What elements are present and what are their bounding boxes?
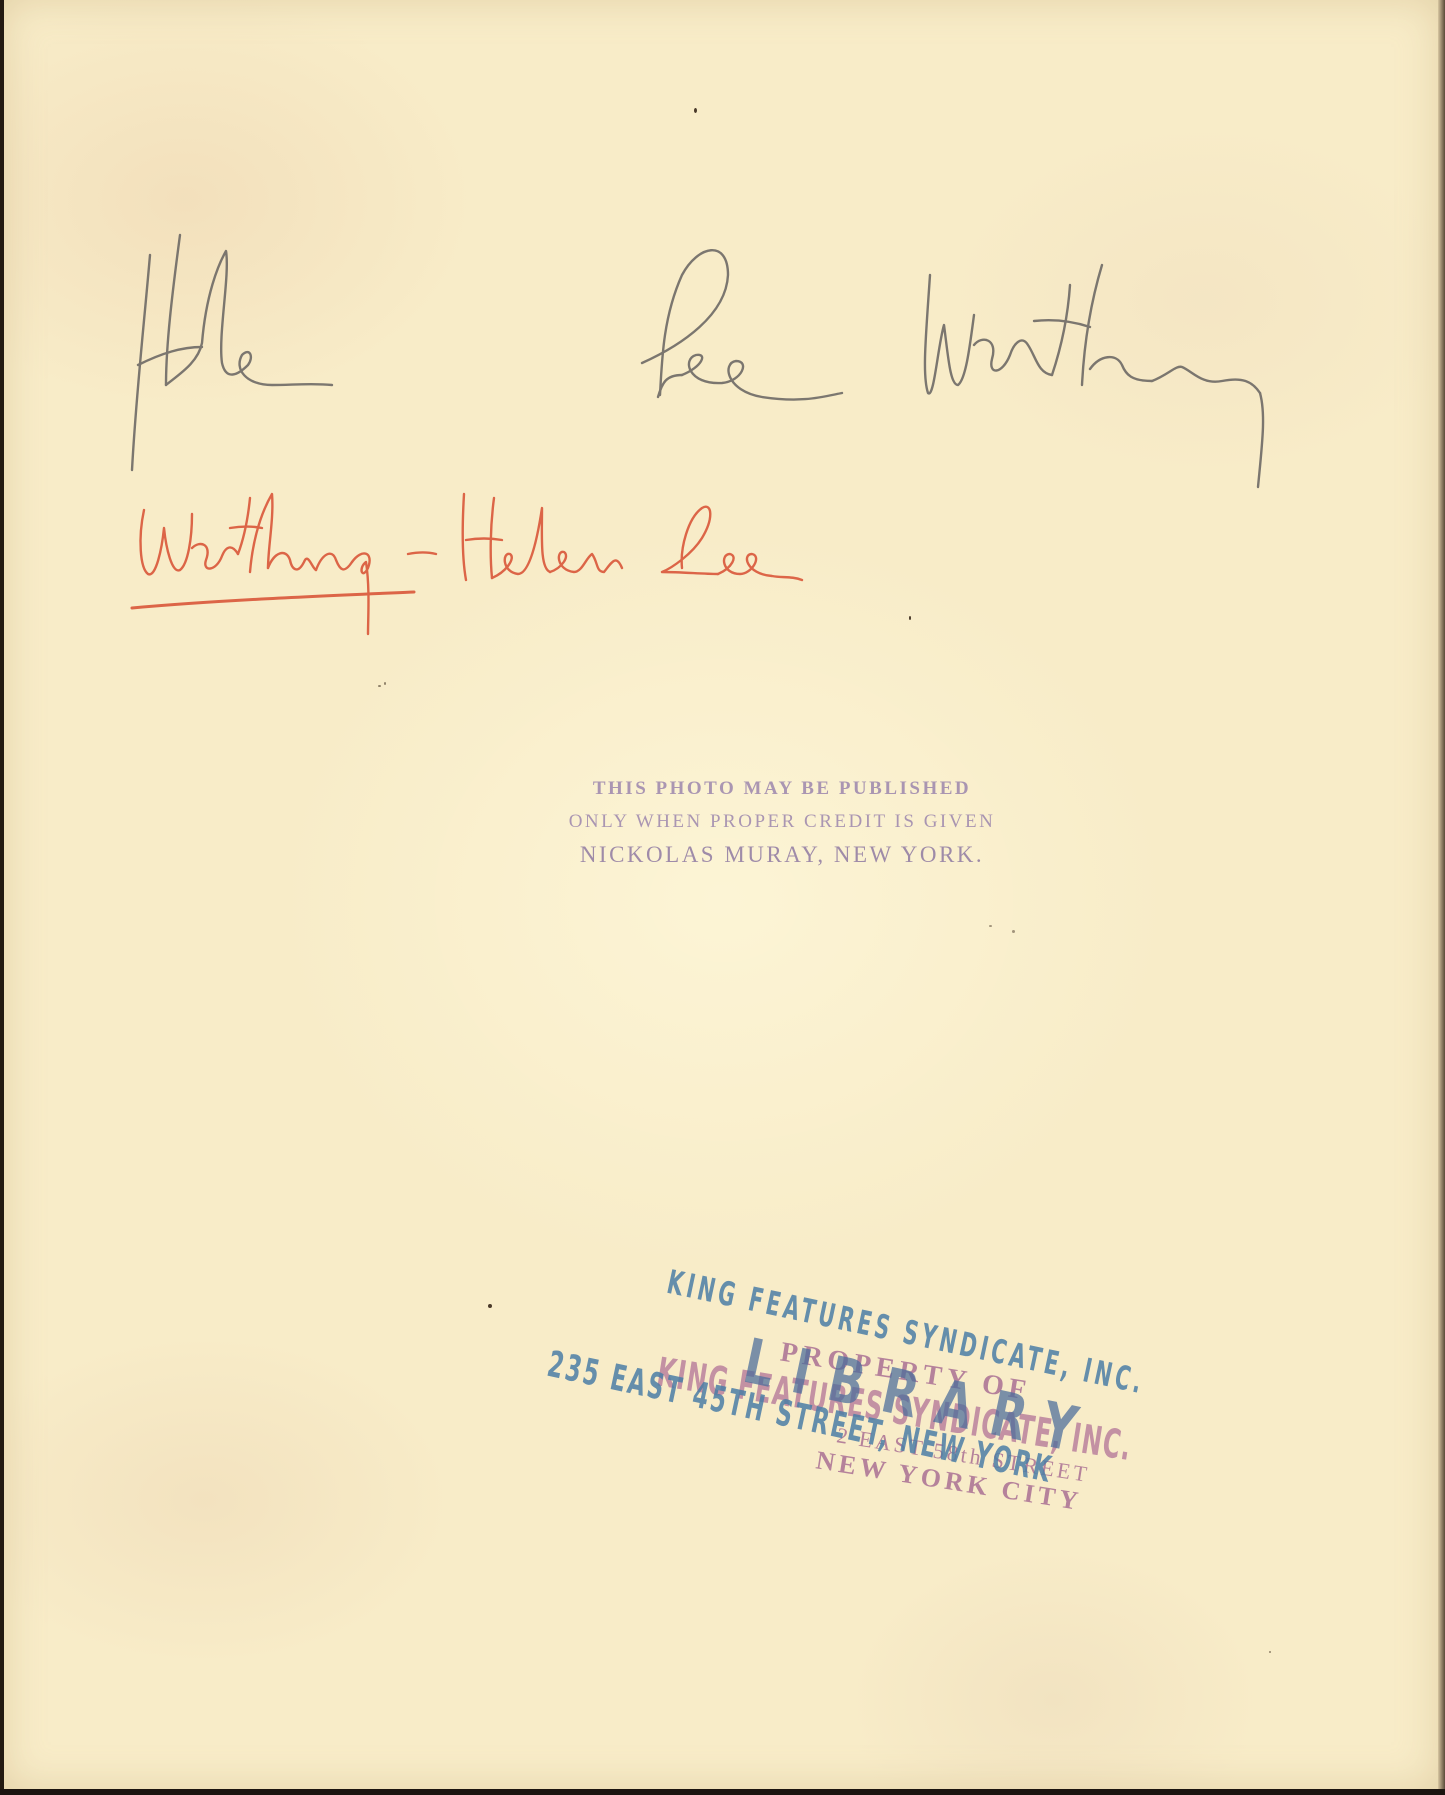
speck [909,616,911,620]
speck [1269,1651,1271,1653]
photographer-credit-stamp: THIS PHOTO MAY BE PUBLISHED ONLY WHEN PR… [512,772,1052,871]
credit-line: THIS PHOTO MAY BE PUBLISHED [512,772,1052,805]
annotation-handwriting-drawing [122,488,822,638]
credit-line: NICKOLAS MURAY, NEW YORK. [512,838,1052,871]
signature-handwriting-drawing [122,235,1322,495]
annotation-text: Worthing - Helen Lee [122,488,131,489]
credit-line: ONLY WHEN PROPER CREDIT IS GIVEN [512,805,1052,838]
speck [378,685,381,687]
speck [384,682,386,685]
red-pencil-annotation: Worthing - Helen Lee [122,488,822,638]
photo-bottom-edge [0,1789,1445,1795]
pencil-signature: Helen Lee Worthing [122,235,1322,495]
photo-right-edge [1438,0,1445,1795]
signature-text: Helen Lee Worthing [122,235,132,236]
photo-back-paper: Helen Lee Worthing [4,0,1438,1789]
speck [488,1304,492,1308]
speck [694,108,697,113]
speck [1012,930,1015,933]
speck [989,925,992,927]
